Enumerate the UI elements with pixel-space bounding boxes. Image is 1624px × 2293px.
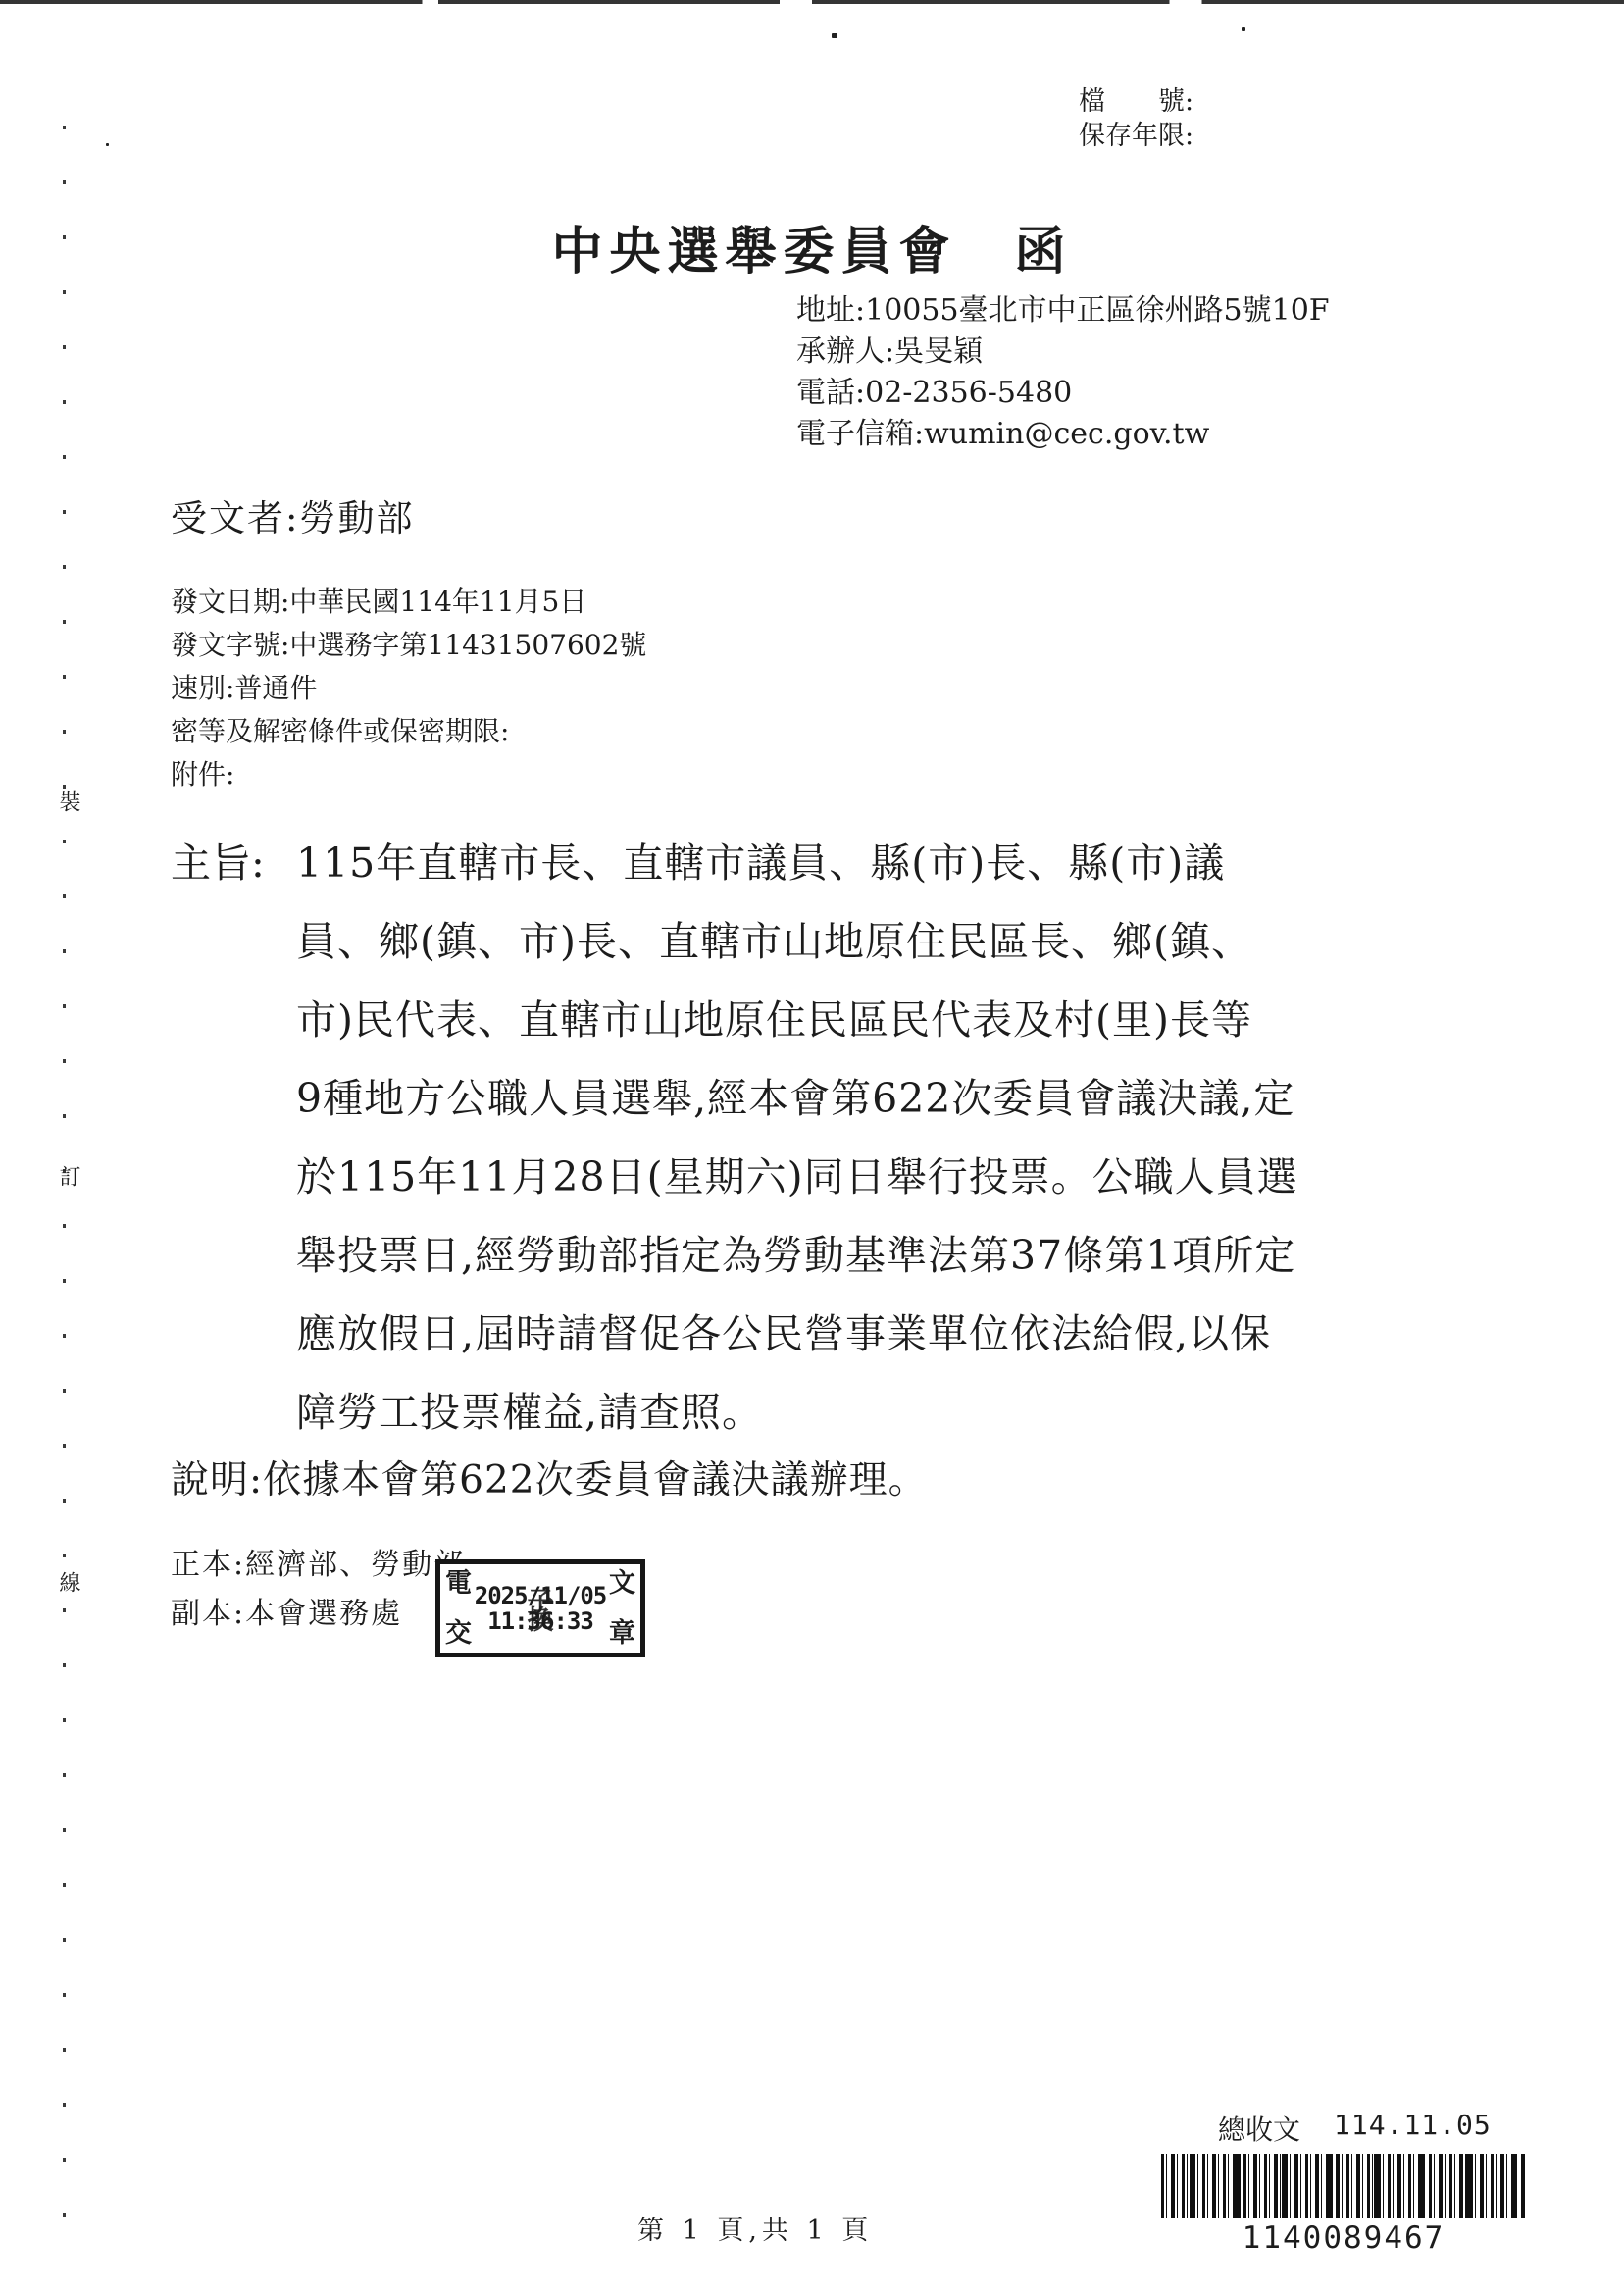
stamp-date: 2025/11/05 <box>472 1583 609 1608</box>
scan-speck <box>1242 27 1245 31</box>
subject-text-line: 員、鄉(鎮、市)長、直轄市山地原住民區長、鄉(鎮、 <box>296 902 1475 981</box>
barcode <box>1161 2154 1526 2218</box>
scanned-official-letter: 裝 訂 線 檔 號:保存年限: 中央選舉委員會 函 地址:10055臺北市中正區… <box>0 0 1624 2293</box>
subject-text-line: 市)民代表、直轄市山地原住民區民代表及村(里)長等 <box>296 981 1475 1059</box>
subject-text-line: 9種地方公職人員選舉,經本會第622次委員會議決議,定 <box>296 1059 1475 1138</box>
receipt-date: 114.11.05 <box>1334 2109 1492 2148</box>
stamp-char-jiao: 交 <box>445 1620 472 1647</box>
stamp-left-column: 電 交 <box>445 1570 472 1646</box>
stamp-right-column: 文 章 <box>609 1570 635 1646</box>
receipt-label: 總收文 <box>1218 2109 1300 2148</box>
explanation-line: 說明:依據本會第622次委員會議決議辦理。 <box>171 1450 928 1504</box>
stamp-char-zhang: 章 <box>609 1620 635 1647</box>
scan-speck <box>106 143 109 146</box>
sender-contact-person: 承辦人:吳旻穎 <box>796 331 1330 373</box>
scan-edge-artifact <box>0 0 1624 4</box>
subject-text-line: 應放假日,屆時請督促各公民營事業單位依法給假,以保 <box>296 1295 1475 1373</box>
sender-phone: 電話:02-2356-5480 <box>796 373 1330 414</box>
subject-text-line: 障勞工投票權益,請查照。 <box>296 1373 1475 1452</box>
send-date-line: 發文日期:中華民國114年11月5日 <box>171 581 646 624</box>
binding-mark-ding: 訂 <box>53 1165 83 1189</box>
scan-speck <box>832 33 837 38</box>
barcode-number: 1140089467 <box>1161 2220 1526 2256</box>
page-number-footer: 第 1 頁,共 1 頁 <box>637 2209 873 2247</box>
receipt-line: 總收文 114.11.05 <box>1218 2109 1492 2148</box>
binding-mark-zhuang: 裝 <box>53 790 83 814</box>
document-meta-block: 發文日期:中華民國114年11月5日 發文字號:中選務字第11431507602… <box>171 581 646 796</box>
subject-paragraph: 主旨: 115年直轄市長、直轄市議員、縣(市)長、縣(市)議 員、鄉(鎮、市)長… <box>171 824 1475 1452</box>
sender-email: 電子信箱:wumin@cec.gov.tw <box>796 414 1330 455</box>
stamp-char-dian: 電 <box>445 1570 472 1597</box>
file-number-label: 檔 號: <box>1079 86 1193 117</box>
speed-line: 速別:普通件 <box>171 667 646 710</box>
recipient-line: 受文者:勞動部 <box>171 488 414 541</box>
electronic-exchange-stamp: 電 交 子 換 2025/11/05 11:36:33 文 章 <box>435 1559 645 1657</box>
document-title: 中央選舉委員會 函 <box>0 210 1624 283</box>
security-line: 密等及解密條件或保密期限: <box>171 710 646 753</box>
stamp-time: 11:36:33 <box>472 1608 609 1634</box>
retention-label: 保存年限: <box>1079 121 1193 151</box>
copy-cc-line: 副本:本會選務處 <box>171 1589 402 1632</box>
stamp-center: 子 換 2025/11/05 11:36:33 <box>472 1583 609 1634</box>
sender-contact-block: 地址:10055臺北市中正區徐州路5號10F 承辦人:吳旻穎 電話:02-235… <box>796 290 1330 455</box>
doc-number-line: 發文字號:中選務字第11431507602號 <box>171 624 646 667</box>
subject-text-line: 115年直轄市長、直轄市議員、縣(市)長、縣(市)議 <box>296 824 1475 902</box>
subject-text-line: 舉投票日,經勞動部指定為勞動基準法第37條第1項所定 <box>296 1216 1475 1295</box>
binding-mark-xian: 線 <box>53 1571 83 1595</box>
subject-text-line: 於115年11月28日(星期六)同日舉行投票。公職人員選 <box>296 1138 1475 1216</box>
stamp-char-wen: 文 <box>609 1570 635 1597</box>
archive-labels: 檔 號:保存年限: <box>1079 84 1193 153</box>
binding-dotted-line <box>63 126 66 2259</box>
subject-label: 主旨: <box>171 824 265 902</box>
attachment-line: 附件: <box>171 753 646 796</box>
copy-original-line: 正本:經濟部、勞動部 <box>171 1540 465 1583</box>
sender-address: 地址:10055臺北市中正區徐州路5號10F <box>796 290 1330 331</box>
